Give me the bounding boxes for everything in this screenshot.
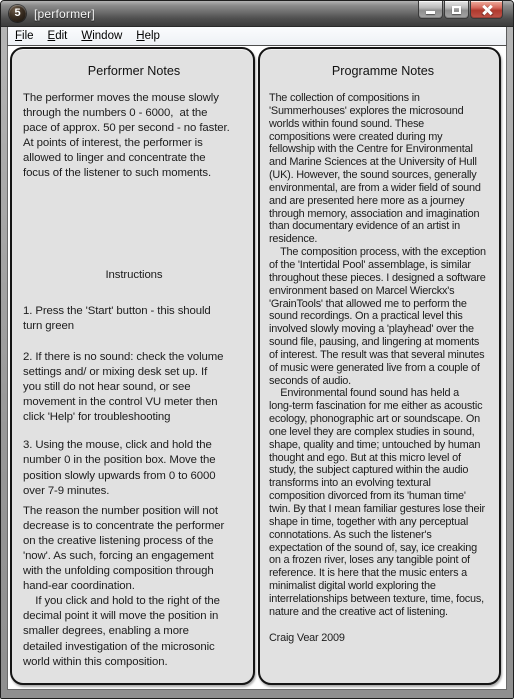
minimize-icon xyxy=(426,11,435,14)
patcher-canvas: Performer Notes The performer moves the … xyxy=(7,46,507,690)
menu-help-label: H xyxy=(136,30,144,42)
close-icon xyxy=(482,5,492,15)
menu-window-label-rest: indow xyxy=(92,30,122,42)
maximize-icon xyxy=(452,6,461,14)
menu-edit[interactable]: Edit xyxy=(41,28,75,44)
programme-credit: Craig Vear 2009 xyxy=(269,632,497,645)
instruction-step-2: 2. If there is no sound: check the volum… xyxy=(23,350,245,425)
close-button[interactable] xyxy=(470,1,503,19)
menu-file-label: F xyxy=(15,30,22,42)
performer-note-1: The reason the number position will not … xyxy=(23,504,245,595)
instructions-heading: Instructions xyxy=(23,268,245,283)
performer-intro-text: The performer moves the mouse slowly thr… xyxy=(23,91,245,182)
menu-file-label-rest: ile xyxy=(22,30,34,42)
menu-edit-label-rest: dit xyxy=(55,30,67,42)
minimize-button[interactable] xyxy=(418,1,443,19)
menu-bar: File Edit Window Help xyxy=(7,27,507,46)
maximize-button[interactable] xyxy=(444,1,469,19)
performer-notes-title: Performer Notes xyxy=(23,64,245,78)
menu-help-label-rest: elp xyxy=(145,30,160,42)
menu-file[interactable]: File xyxy=(8,28,41,44)
programme-body-text: The collection of compositions in 'Summe… xyxy=(269,92,497,619)
window-frame: File Edit Window Help Performer Notes Th… xyxy=(1,27,513,699)
instruction-step-1: 1. Press the 'Start' button - this shoul… xyxy=(23,304,245,334)
programme-notes-panel: Programme Notes The collection of compos… xyxy=(258,47,501,685)
menu-help[interactable]: Help xyxy=(129,28,167,44)
performer-notes-panel: Performer Notes The performer moves the … xyxy=(10,47,255,685)
performer-note-2: If you click and hold to the right of th… xyxy=(23,594,245,669)
max5-app-icon[interactable]: 5 xyxy=(9,5,26,22)
window-title: [performer] xyxy=(34,7,95,21)
app-window: 5 [performer] File Edit Window Help Perf… xyxy=(0,0,514,699)
programme-notes-title: Programme Notes xyxy=(269,64,497,78)
title-bar[interactable]: 5 [performer] xyxy=(1,1,513,27)
caption-buttons xyxy=(417,1,503,19)
menu-window-label: W xyxy=(81,30,92,42)
menu-window[interactable]: Window xyxy=(74,28,129,44)
instruction-step-3: 3. Using the mouse, click and hold the n… xyxy=(23,438,245,498)
